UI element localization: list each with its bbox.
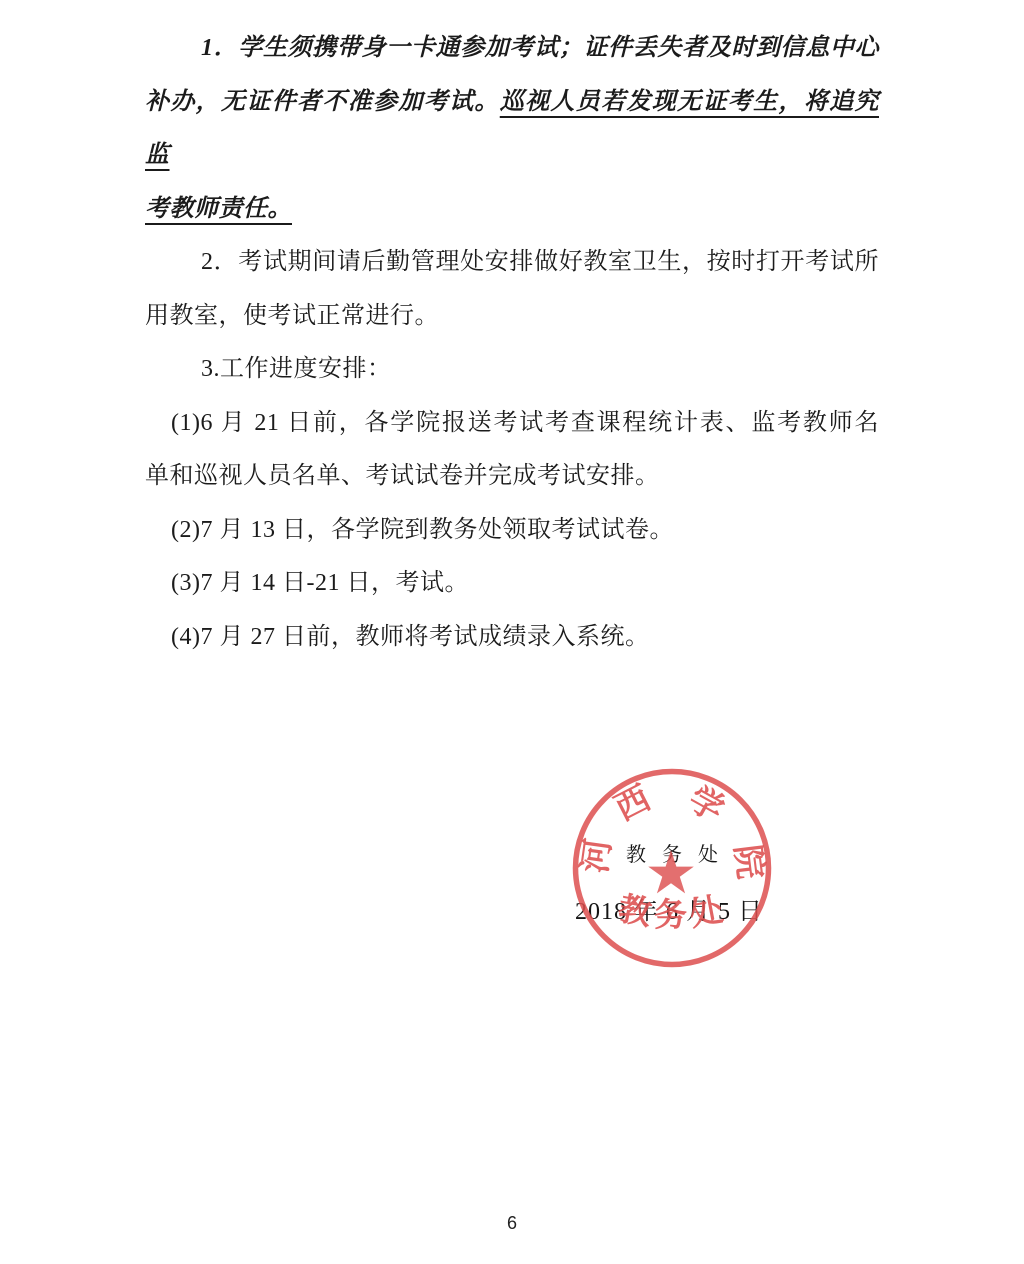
seal-ring-text-1: 河 [576,836,618,875]
text-segment: 单和巡视人员名单、考试试卷并完成考试安排。 [145,463,660,489]
seal-star-icon [648,850,694,893]
text-segment: 3.工作进度安排： [201,356,392,382]
text-segment: 2．考试期间请后勤管理处安排做好教室卫生，按时打开考试所 [201,249,879,275]
seal-ring-text-4: 院 [728,843,770,881]
seal-bottom-text: 教务处 [615,890,731,934]
text-line: 1．学生须携带身一卡通参加考试；证件丢失者及时到信息中心 [145,22,879,76]
text-segment: 1．学生须携带身一卡通参加考试；证件丢失者及时到信息中心 [201,35,879,61]
text-segment: 用教室，使考试正常进行。 [145,303,439,329]
text-line: 3.工作进度安排： [145,343,879,397]
document-page: 1．学生须携带身一卡通参加考试；证件丢失者及时到信息中心补办，无证件者不准参加考… [0,0,1024,1264]
body-text: 1．学生须携带身一卡通参加考试；证件丢失者及时到信息中心补办，无证件者不准参加考… [145,22,879,664]
text-line: 单和巡视人员名单、考试试卷并完成考试安排。 [145,450,879,504]
text-line: (1)6 月 21 日前，各学院报送考试考查课程统计表、监考教师名 [145,397,879,451]
text-segment: 补办，无证件者不准参加考试。 [145,89,500,115]
text-line: (2)7 月 13 日，各学院到教务处领取考试试卷。 [145,504,879,558]
text-line: 用教室，使考试正常进行。 [145,290,879,344]
text-segment: (2)7 月 13 日，各学院到教务处领取考试试卷。 [171,517,674,543]
text-segment: (3)7 月 14 日-21 日，考试。 [171,570,469,596]
text-line: (4)7 月 27 日前，教师将考试成绩录入系统。 [145,611,879,665]
text-segment: (4)7 月 27 日前，教师将考试成绩录入系统。 [171,624,649,650]
text-line: 2．考试期间请后勤管理处安排做好教室卫生，按时打开考试所 [145,236,879,290]
text-segment: (1)6 月 21 日前，各学院报送考试考查课程统计表、监考教师名 [171,410,879,436]
text-line: 补办，无证件者不准参加考试。巡视人员若发现无证考生，将追究监 [145,76,879,183]
text-line: (3)7 月 14 日-21 日，考试。 [145,557,879,611]
underlined-text-segment: 考教师责任。 [145,196,292,222]
text-line: 考教师责任。 [145,183,879,237]
page-number: 6 [0,1213,1024,1234]
official-seal: 河 西 学 院 教务处 [555,750,790,985]
